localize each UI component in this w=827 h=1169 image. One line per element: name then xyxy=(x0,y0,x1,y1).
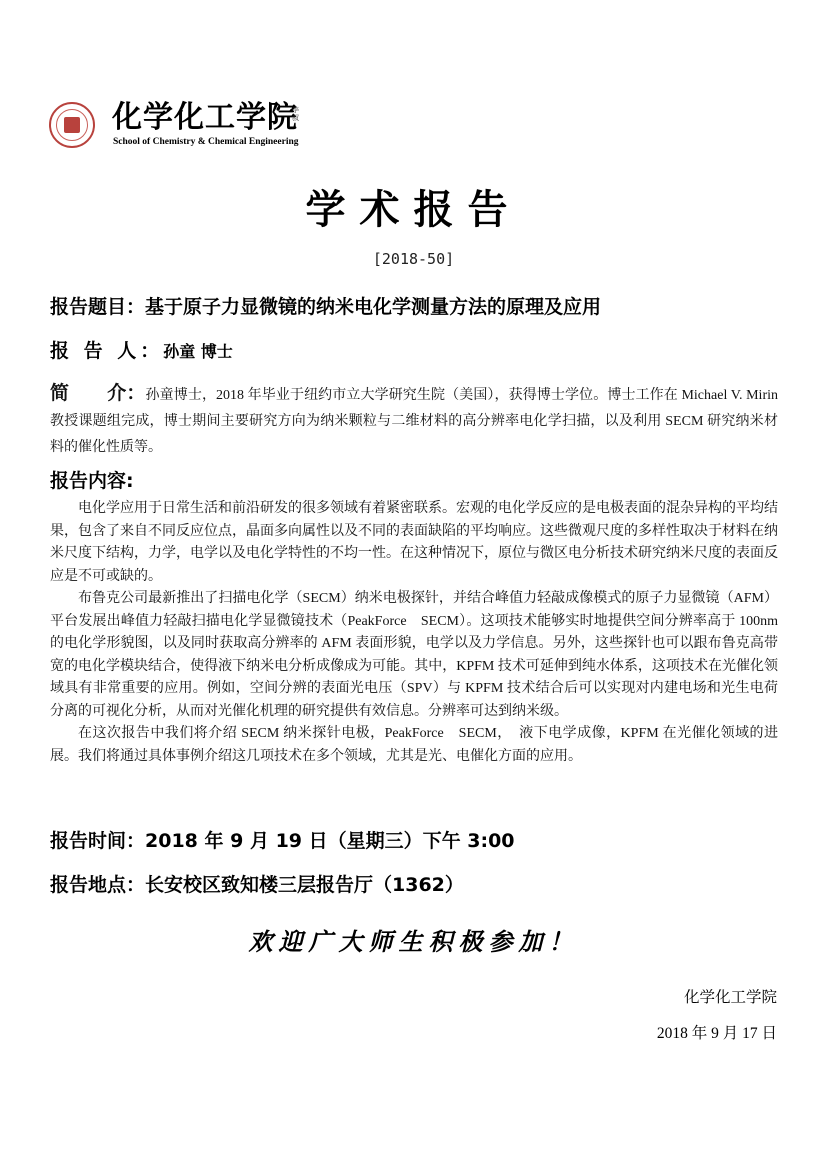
document-title: 学术报告 xyxy=(0,182,827,238)
welcome-message: 欢迎广大师生积极参加！ xyxy=(0,922,827,957)
location-value: 长安校区致知楼三层报告厅（1362） xyxy=(145,874,464,896)
content-paragraph-1: 电化学应用于日常生活和前沿研发的很多领域有着紧密联系。宏观的电化学反应的是电极表… xyxy=(50,498,778,588)
topic-row: 报告题目：基于原子力显微镜的纳米电化学测量方法的原理及应用 xyxy=(50,294,601,320)
issue-date: 2018 年 9 月 17 日 xyxy=(657,1021,777,1043)
time-label: 报告时间： xyxy=(50,830,145,852)
bio-text: 孙童博士，2018 年毕业于纽约市立大学研究生院（美国），获得博士学位。博士工作… xyxy=(50,388,778,455)
seal-emblem-icon xyxy=(64,117,80,133)
bio-label: 简 介： xyxy=(50,382,146,404)
time-row: 报告时间：2018 年 9 月 19 日（星期三）下午 3:00 xyxy=(50,828,515,854)
reference-number: [2018-50] xyxy=(0,250,827,268)
content-paragraph-3: 在这次报告中我们将介绍 SECM 纳米探针电极，PeakForce SECM， … xyxy=(50,723,778,768)
speaker-label: 报 告 人： xyxy=(50,340,163,362)
bio-paragraph: 简 介：孙童博士，2018 年毕业于纽约市立大学研究生院（美国），获得博士学位。… xyxy=(50,380,778,461)
school-name-cn: 化学化工学院 xyxy=(112,100,298,136)
calligraphy-signature: 李叔 xyxy=(292,106,300,122)
school-name-en: School of Chemistry & Chemical Engineeri… xyxy=(113,137,299,147)
content-paragraph-2: 布鲁克公司最新推出了扫描电化学（SECM）纳米电极探针，并结合峰值力轻敲成像模式… xyxy=(50,588,778,723)
content-section: 电化学应用于日常生活和前沿研发的很多领域有着紧密联系。宏观的电化学反应的是电极表… xyxy=(50,498,778,768)
topic-label: 报告题目： xyxy=(50,296,145,318)
content-label: 报告内容: xyxy=(50,468,134,494)
location-label: 报告地点： xyxy=(50,874,145,896)
issuer: 化学化工学院 xyxy=(684,985,777,1007)
topic-value: 基于原子力显微镜的纳米电化学测量方法的原理及应用 xyxy=(145,296,601,318)
location-row: 报告地点：长安校区致知楼三层报告厅（1362） xyxy=(50,872,464,898)
time-value: 2018 年 9 月 19 日（星期三）下午 3:00 xyxy=(145,830,515,852)
speaker-value: 孙童 博士 xyxy=(163,342,233,361)
bio-section: 简 介：孙童博士，2018 年毕业于纽约市立大学研究生院（美国），获得博士学位。… xyxy=(50,380,778,461)
speaker-row: 报 告 人：孙童 博士 xyxy=(50,338,233,365)
school-seal-logo xyxy=(49,102,95,148)
